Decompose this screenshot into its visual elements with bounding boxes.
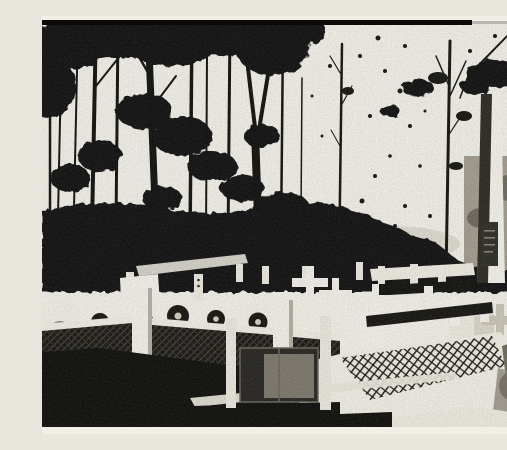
film-grain	[42, 24, 507, 427]
scan-border: black ruled border line of the scanned p…	[40, 16, 507, 25]
photo-canvas: High-contrast black-and-white photograph…	[40, 16, 507, 434]
cemetery-photograph: High-contrast black-and-white photograph…	[40, 16, 507, 434]
